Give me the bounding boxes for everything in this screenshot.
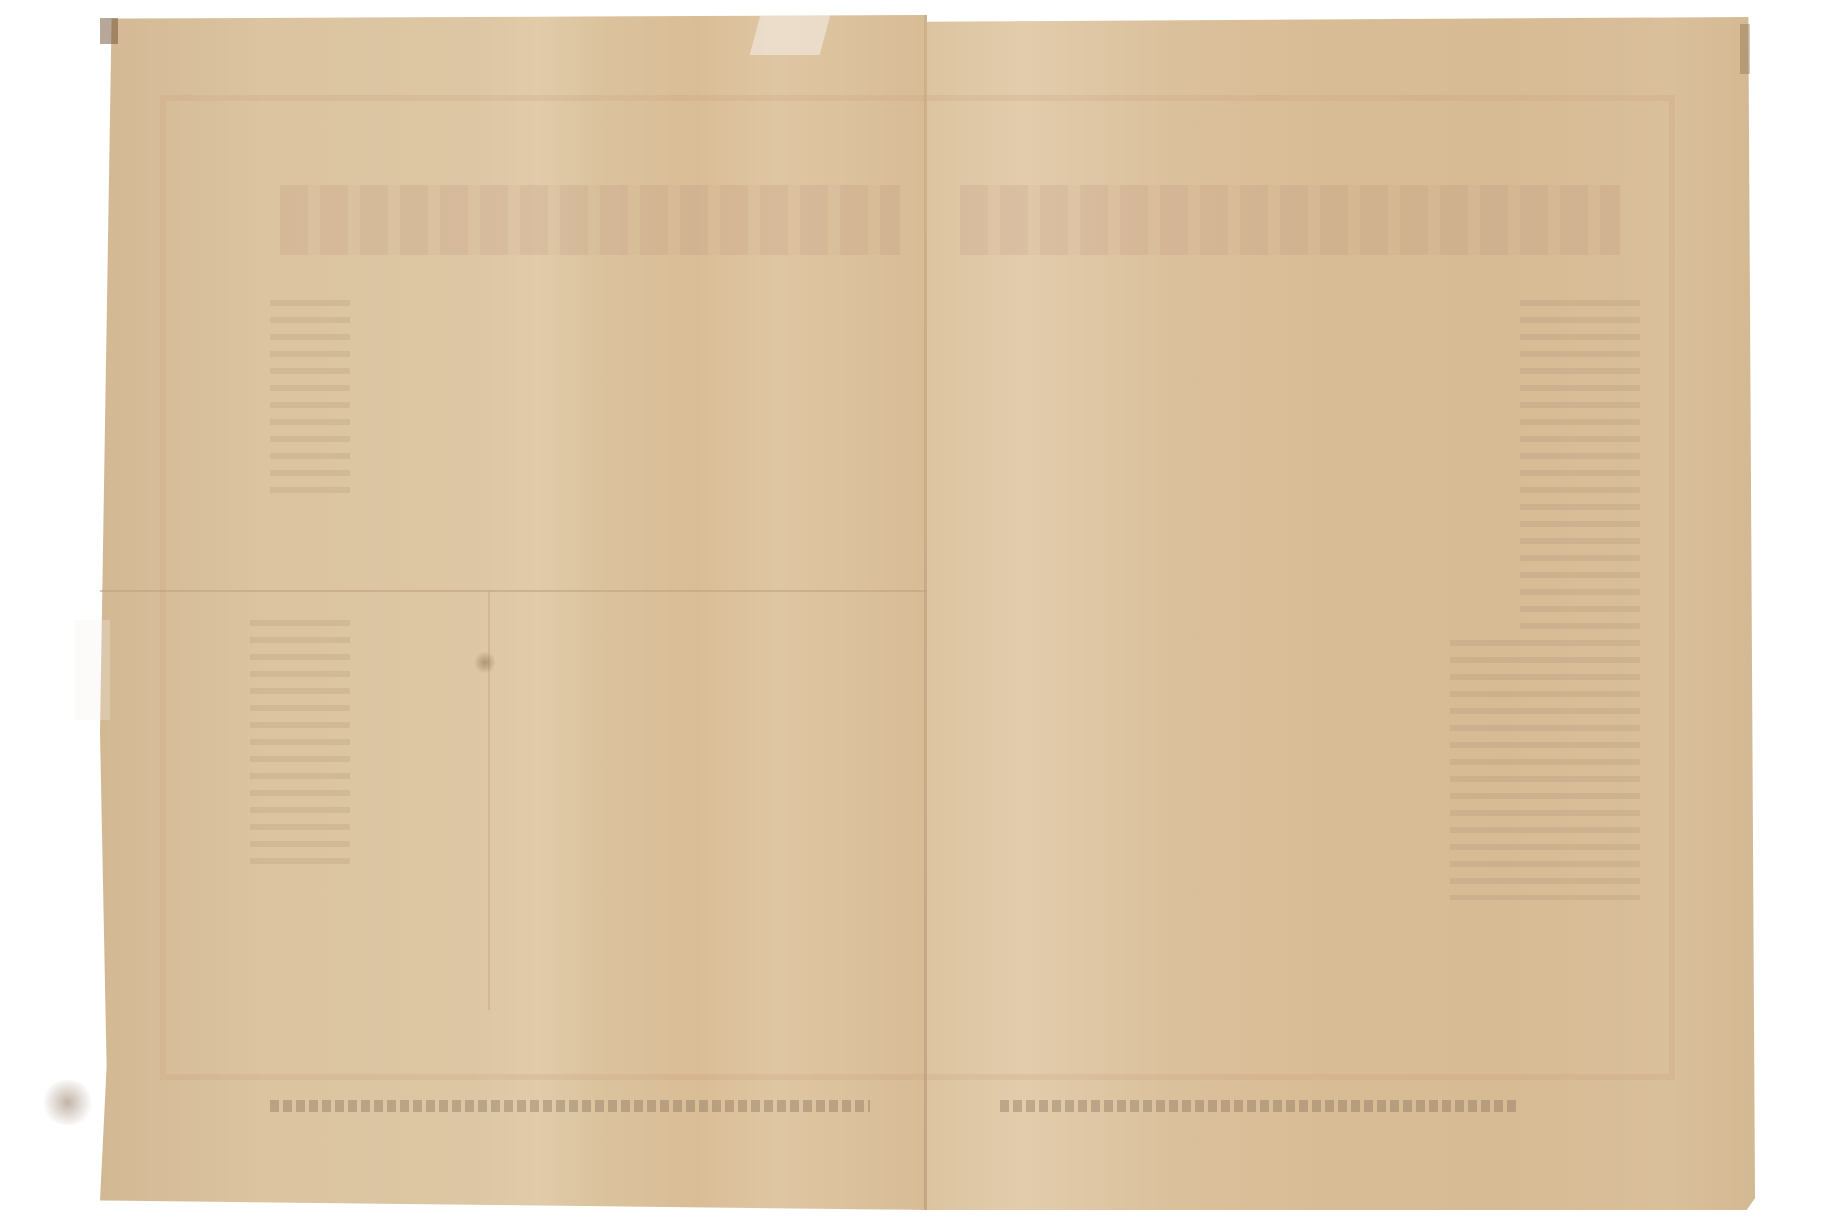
show-through-footer-left	[270, 1100, 870, 1112]
show-through-headline-right	[960, 185, 1620, 255]
center-fold	[924, 15, 927, 1210]
tape-residue-top	[750, 15, 831, 55]
show-through-footer-right	[1000, 1100, 1520, 1112]
poster-photo	[0, 0, 1837, 1228]
corner-wear-top-right	[1740, 24, 1750, 74]
stain-crease	[475, 650, 495, 675]
show-through-text-left-lower	[250, 620, 350, 870]
show-through-text-right-lower	[1450, 640, 1640, 900]
horizontal-fold	[100, 590, 927, 592]
show-through-text-left-upper	[270, 300, 350, 500]
show-through-text-right-upper	[1520, 300, 1640, 640]
stain-bottom-left	[40, 1080, 95, 1125]
show-through-headline-left	[280, 185, 900, 255]
corner-wear-top-left	[100, 18, 118, 44]
tape-residue-left	[75, 620, 110, 720]
